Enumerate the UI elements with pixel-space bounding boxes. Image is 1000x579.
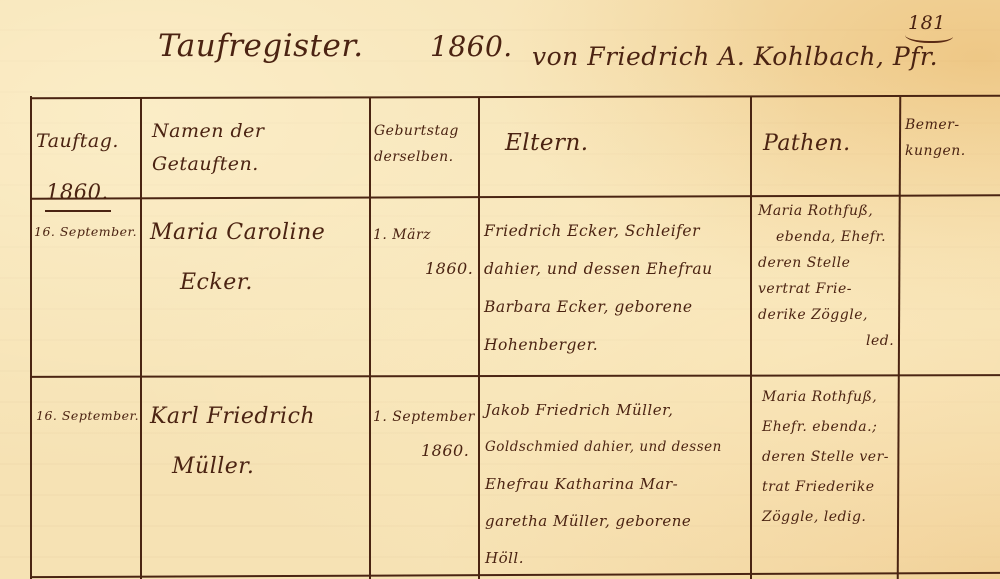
row-2-parents-line: Ehefrau Katharina Mar-	[485, 466, 722, 503]
row-2-parents-line: Goldschmied dahier, und dessen	[485, 429, 722, 466]
row-1-godparents-line: ebenda, Ehefr.	[758, 224, 894, 250]
header-name-line1: Namen der	[152, 118, 264, 145]
row-2-parents-line: Jakob Friedrich Müller,	[485, 392, 722, 429]
header-name: Namen der Getauften.	[152, 118, 264, 178]
row-1-birth-date: 1. März 1860.	[373, 218, 473, 286]
header-godparents-label: Pathen.	[763, 131, 851, 156]
header-name-line2: Getauften.	[152, 151, 264, 178]
row-2-godparents-line: trat Friederike	[762, 472, 889, 502]
row-2-birth-date-line1: 1. September	[373, 400, 475, 434]
row-1-child-name-line2: Ecker.	[150, 258, 325, 308]
row-1-bottom-rule	[30, 374, 1000, 378]
row-2-godparents-line: deren Stelle ver-	[762, 442, 889, 472]
row-2-godparents-line: Zöggle, ledig.	[762, 502, 889, 532]
row-2-parents-line: Höll.	[485, 540, 722, 577]
col-rule-5	[897, 97, 902, 579]
row-2-child-name-line1: Karl Friedrich	[150, 392, 315, 442]
register-title: Taufregister.	[158, 28, 364, 64]
row-2-godparents: Maria Rothfuß, Ehefr. ebenda.; deren Ste…	[762, 382, 889, 532]
year-marker-underline	[45, 210, 111, 212]
row-1-birth-date-line1: 1. März	[373, 218, 473, 252]
row-1-parents-line: Friedrich Ecker, Schleifer	[484, 212, 713, 250]
row-2-child-name: Karl Friedrich Müller.	[150, 392, 315, 492]
row-2-godparents-line: Maria Rothfuß,	[762, 382, 889, 412]
header-remarks-line1: Bemer-	[905, 112, 966, 138]
header-parents-label: Eltern.	[505, 130, 589, 156]
page-number-underline	[905, 27, 953, 43]
col-rule-2	[369, 97, 371, 579]
header-birth-day-line2: derselben.	[374, 144, 459, 170]
row-2-birth-date: 1. September 1860.	[373, 400, 475, 468]
row-2-parents-line: garetha Müller, geborene	[485, 503, 722, 540]
row-1-parents-line: dahier, und dessen Ehefrau	[484, 250, 713, 288]
row-2-birth-date-line2: 1860.	[373, 434, 475, 468]
col-rule-4	[750, 97, 752, 579]
header-remarks: Bemer- kungen.	[905, 112, 966, 164]
col-rule-1	[140, 97, 142, 579]
table-top-rule	[30, 95, 1000, 100]
row-1-child-name: Maria Caroline Ecker.	[150, 208, 325, 308]
row-1-child-name-line1: Maria Caroline	[150, 208, 325, 258]
row-1-parents: Friedrich Ecker, Schleifer dahier, und d…	[484, 212, 713, 364]
row-1-godparents-line: derike Zöggle,	[758, 302, 894, 328]
row-1-parents-line: Hohenberger.	[484, 326, 713, 364]
header-baptism-day-label: Tauftag.	[36, 130, 119, 152]
col-rule-left	[30, 96, 32, 579]
header-birth-day: Geburtstag derselben.	[374, 118, 459, 170]
row-2-parents: Jakob Friedrich Müller, Goldschmied dahi…	[485, 392, 722, 577]
register-year: 1860.	[430, 30, 513, 63]
row-1-godparents-line: Maria Rothfuß,	[758, 198, 894, 224]
header-godparents: Pathen.	[763, 130, 851, 157]
row-1-parents-line: Barbara Ecker, geborene	[484, 288, 713, 326]
row-1-godparents-line: deren Stelle	[758, 250, 894, 276]
row-2-baptism-day: 16. September.	[36, 410, 139, 423]
pastor-line: von Friedrich A. Kohlbach, Pfr.	[532, 42, 938, 71]
row-1-godparents-line: led.	[758, 328, 894, 354]
row-1-godparents: Maria Rothfuß, ebenda, Ehefr. deren Stel…	[758, 198, 894, 354]
row-1-godparents-line: vertrat Frie-	[758, 276, 894, 302]
header-baptism-day: Tauftag.	[36, 128, 119, 155]
col-rule-3	[478, 97, 480, 579]
header-birth-day-line1: Geburtstag	[374, 118, 459, 144]
row-2-godparents-line: Ehefr. ebenda.;	[762, 412, 889, 442]
header-remarks-line2: kungen.	[905, 138, 966, 164]
row-1-baptism-day: 16. September.	[34, 226, 137, 239]
header-parents: Eltern.	[505, 130, 589, 157]
row-1-birth-date-line2: 1860.	[373, 252, 473, 286]
year-marker: 1860.	[46, 182, 109, 203]
row-2-child-name-line2: Müller.	[150, 442, 315, 492]
